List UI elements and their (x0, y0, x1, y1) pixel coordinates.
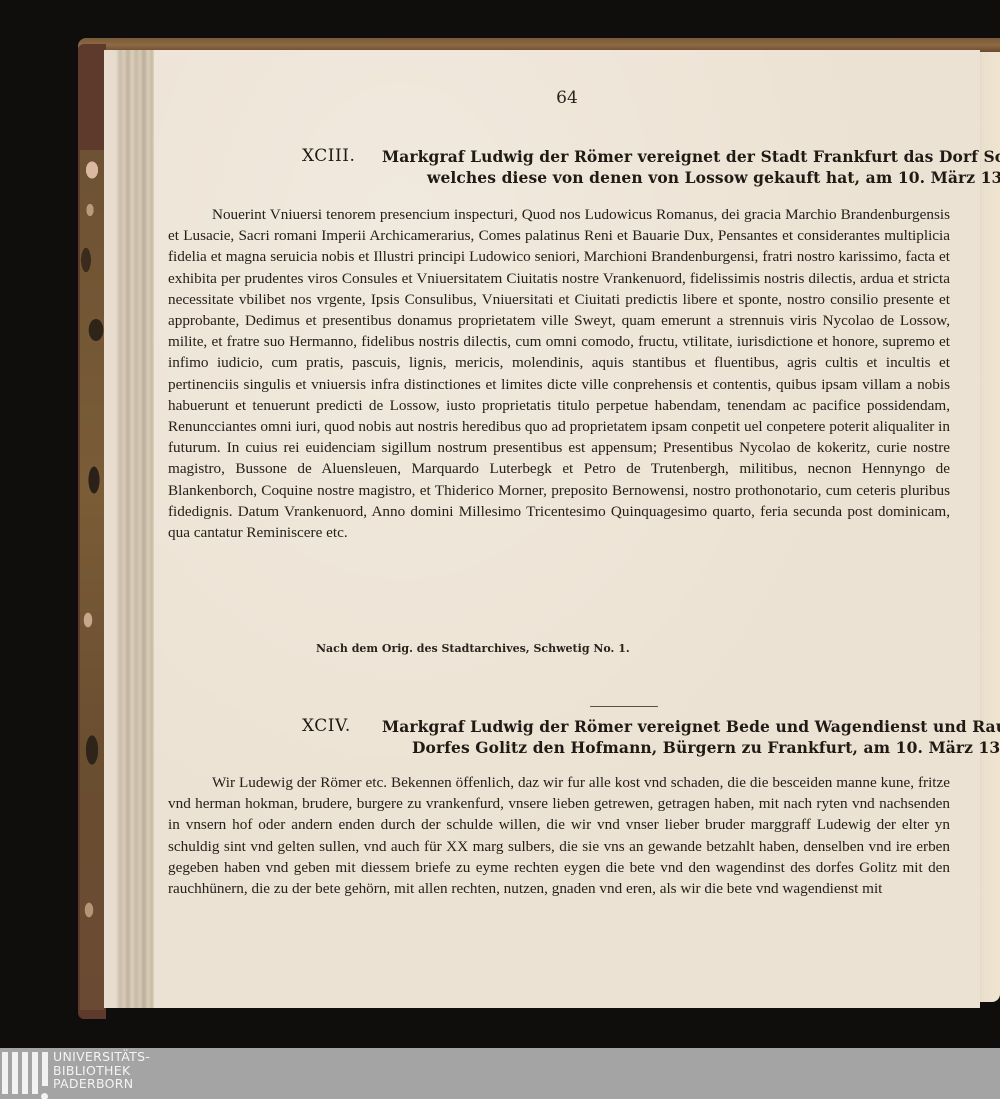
document-title-line: Markgraf Ludwig der Römer vereignet Bede… (382, 717, 1000, 736)
source-note: Nach dem Orig. des Stadtarchives, Schwet… (316, 642, 630, 655)
logo-line: BIBLIOTHEK (53, 1064, 150, 1078)
page-number: 64 (154, 88, 980, 108)
library-logo-text: UNIVERSITÄTS- BIBLIOTHEK PADERBORN (53, 1050, 150, 1091)
marbled-endpaper (80, 150, 104, 1010)
document-body-xciii: Nouerint Vniuersi tenorem presencium ins… (168, 204, 950, 543)
logo-line: PADERBORN (53, 1077, 150, 1091)
logo-line: UNIVERSITÄTS- (53, 1050, 150, 1064)
document-title-line: Markgraf Ludwig der Römer vereignet der … (382, 147, 1000, 166)
document-title-line: welches diese von denen von Lossow gekau… (427, 168, 1000, 187)
book-page: 64 XCIII. Markgraf Ludwig der Römer vere… (154, 50, 980, 1008)
facing-page-edge (978, 52, 1000, 1002)
document-numeral: XCIII. (302, 146, 355, 166)
section-divider (590, 706, 658, 707)
document-body-xciv: Wir Ludewig der Römer etc. Bekennen öffe… (168, 772, 950, 899)
document-paragraph: Nouerint Vniuersi tenorem presencium ins… (168, 204, 950, 543)
library-footer: UNIVERSITÄTS- BIBLIOTHEK PADERBORN (0, 1048, 1000, 1099)
document-paragraph: Wir Ludewig der Römer etc. Bekennen öffe… (168, 772, 950, 899)
page-stack-edges (104, 50, 154, 1008)
document-title-line: Dorfes Golitz den Hofmann, Bürgern zu Fr… (412, 738, 1000, 757)
library-logo-icon (2, 1052, 46, 1096)
document-numeral: XCIV. (302, 716, 351, 736)
